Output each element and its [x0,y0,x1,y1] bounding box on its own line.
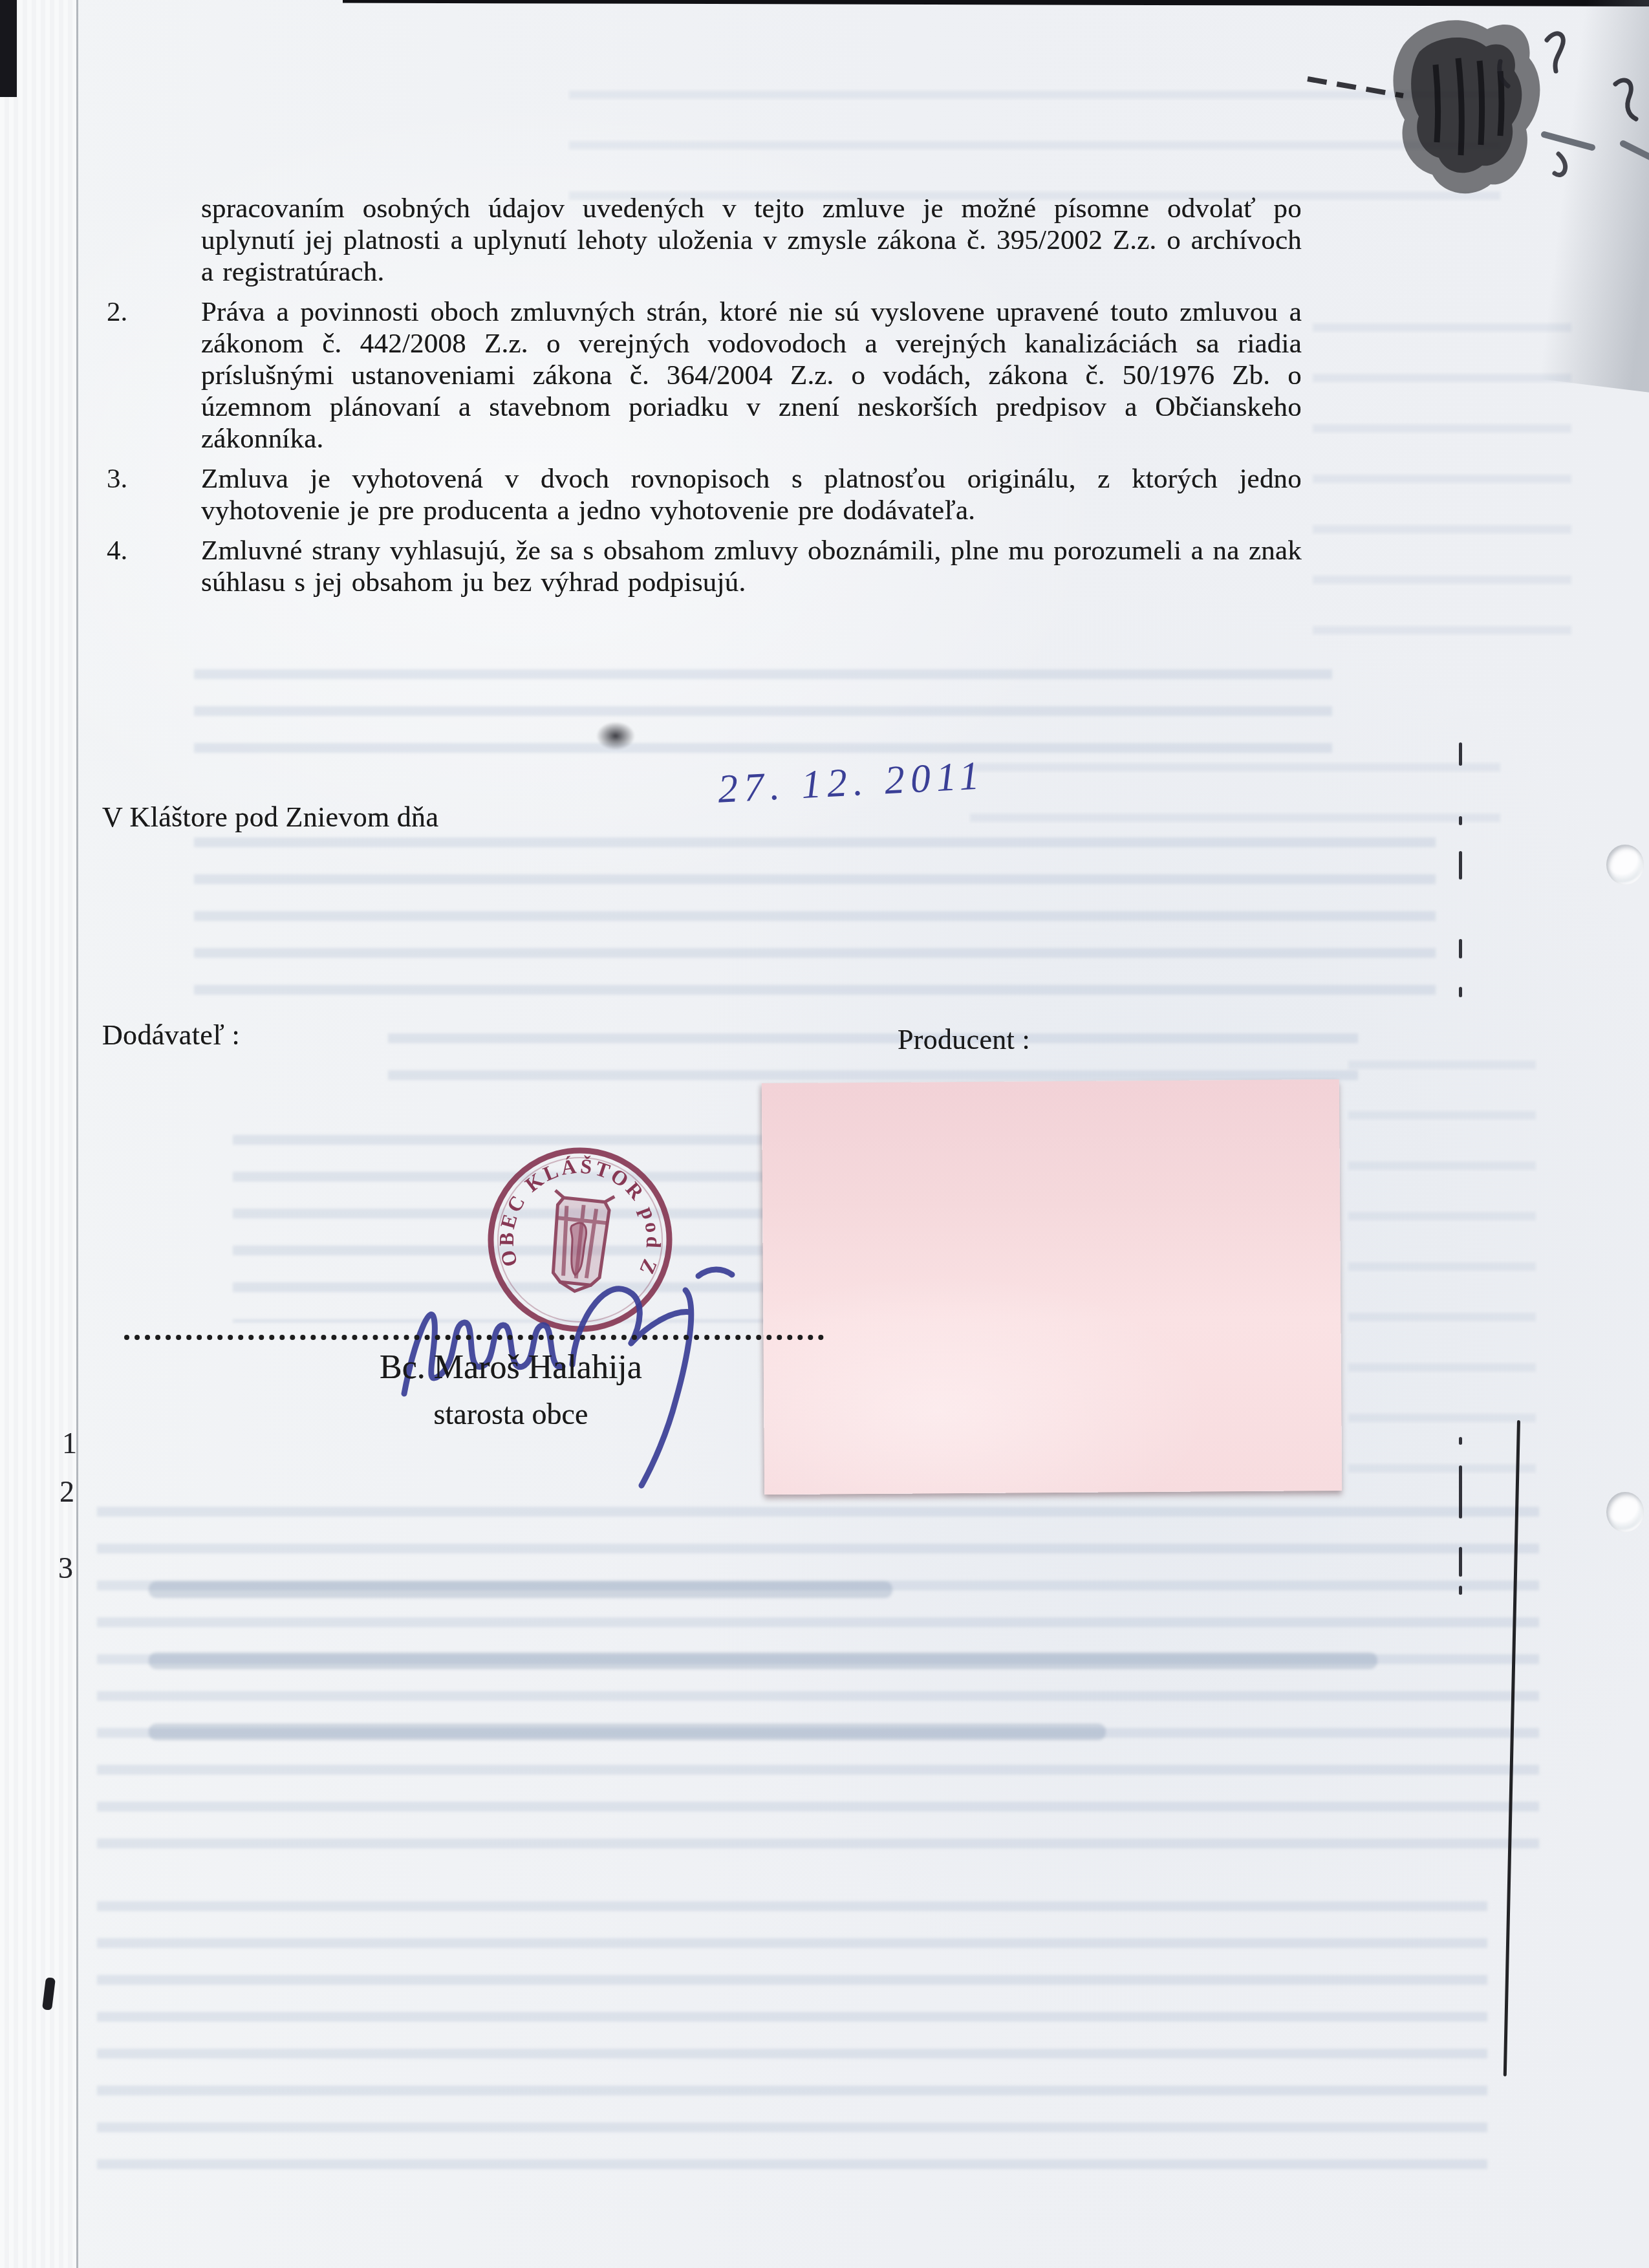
punch-hole [1606,1492,1644,1532]
fold-dash [1459,851,1462,880]
fold-dash [1459,1586,1462,1595]
bleed-through-band [1313,323,1571,673]
pink-cover-note [762,1079,1342,1495]
clause-number: 3. [107,463,201,526]
intro-paragraph: spracovaním osobných údajov uvedených v … [107,193,1302,288]
corner-ink-stain-group [1306,6,1649,226]
bleed-through-line [149,1652,1377,1669]
fold-dash [1459,1547,1462,1577]
bleed-through-band [97,1507,1539,1869]
fold-dash [1459,1465,1462,1518]
bleed-through-band [97,1901,1487,2179]
fold-dash [1459,816,1462,825]
signatory-name: Bc. Maroš Halahija [194,1348,828,1387]
fold-dash [1459,742,1462,766]
margin-digit: 3 [58,1551,73,1585]
clause-number: 4. [107,535,201,598]
place-date-label: V Kláštore pod Znievom dňa [102,801,438,834]
clause-row: 3. Zmluva je vyhotovená v dvoch rovnopis… [107,463,1302,526]
margin-digit: 1 [62,1426,77,1460]
fold-dash [1459,939,1462,958]
scanner-left-margin [0,0,76,2268]
handwritten-date: 27. 12. 2011 [717,753,986,813]
clause-text: Zmluva je vyhotovená v dvoch rovnopisoch… [201,463,1302,526]
clause-number: 2. [107,296,201,455]
producer-label: Producent : [898,1023,1030,1056]
signature-dotted-line [124,1306,824,1340]
signatory-title: starosta obce [194,1397,828,1431]
vertical-pen-line [1503,1420,1520,2077]
bleed-through-line [149,1723,1106,1740]
ink-smudge [596,722,635,750]
clause-number-empty [107,193,201,288]
clause-row: 2. Práva a povinnosti oboch zmluvných st… [107,296,1302,455]
contract-clauses: spracovaním osobných údajov uvedených v … [107,193,1302,607]
scanned-contract-page: spracovaním osobných údajov uvedených v … [0,0,1649,2268]
clause-text: Zmluvné strany vyhlasujú, že sa s obsaho… [201,535,1302,598]
bleed-through-band [970,763,1500,831]
top-left-edge-artifact [0,0,17,97]
fold-dash [1459,1437,1462,1445]
bleed-through-band [194,837,1436,1009]
bleed-through-band [1348,1061,1536,1487]
ink-stain-blob [1393,20,1540,193]
scan-top-edge-strip [343,0,1649,6]
bleed-through-band [194,669,1332,760]
fold-dash [1459,987,1462,997]
margin-digit: 2 [59,1474,74,1509]
intro-paragraph-text: spracovaním osobných údajov uvedených v … [201,193,1302,288]
clause-row: 4. Zmluvné strany vyhlasujú, že sa s obs… [107,535,1302,598]
bleed-through-line [149,1581,892,1598]
clause-text: Práva a povinnosti oboch zmluvných strán… [201,296,1302,455]
punch-hole [1606,845,1644,885]
paper-left-edge-line [76,0,78,2268]
supplier-label: Dodávateľ : [102,1019,240,1052]
dashed-lead-line [1308,79,1403,96]
